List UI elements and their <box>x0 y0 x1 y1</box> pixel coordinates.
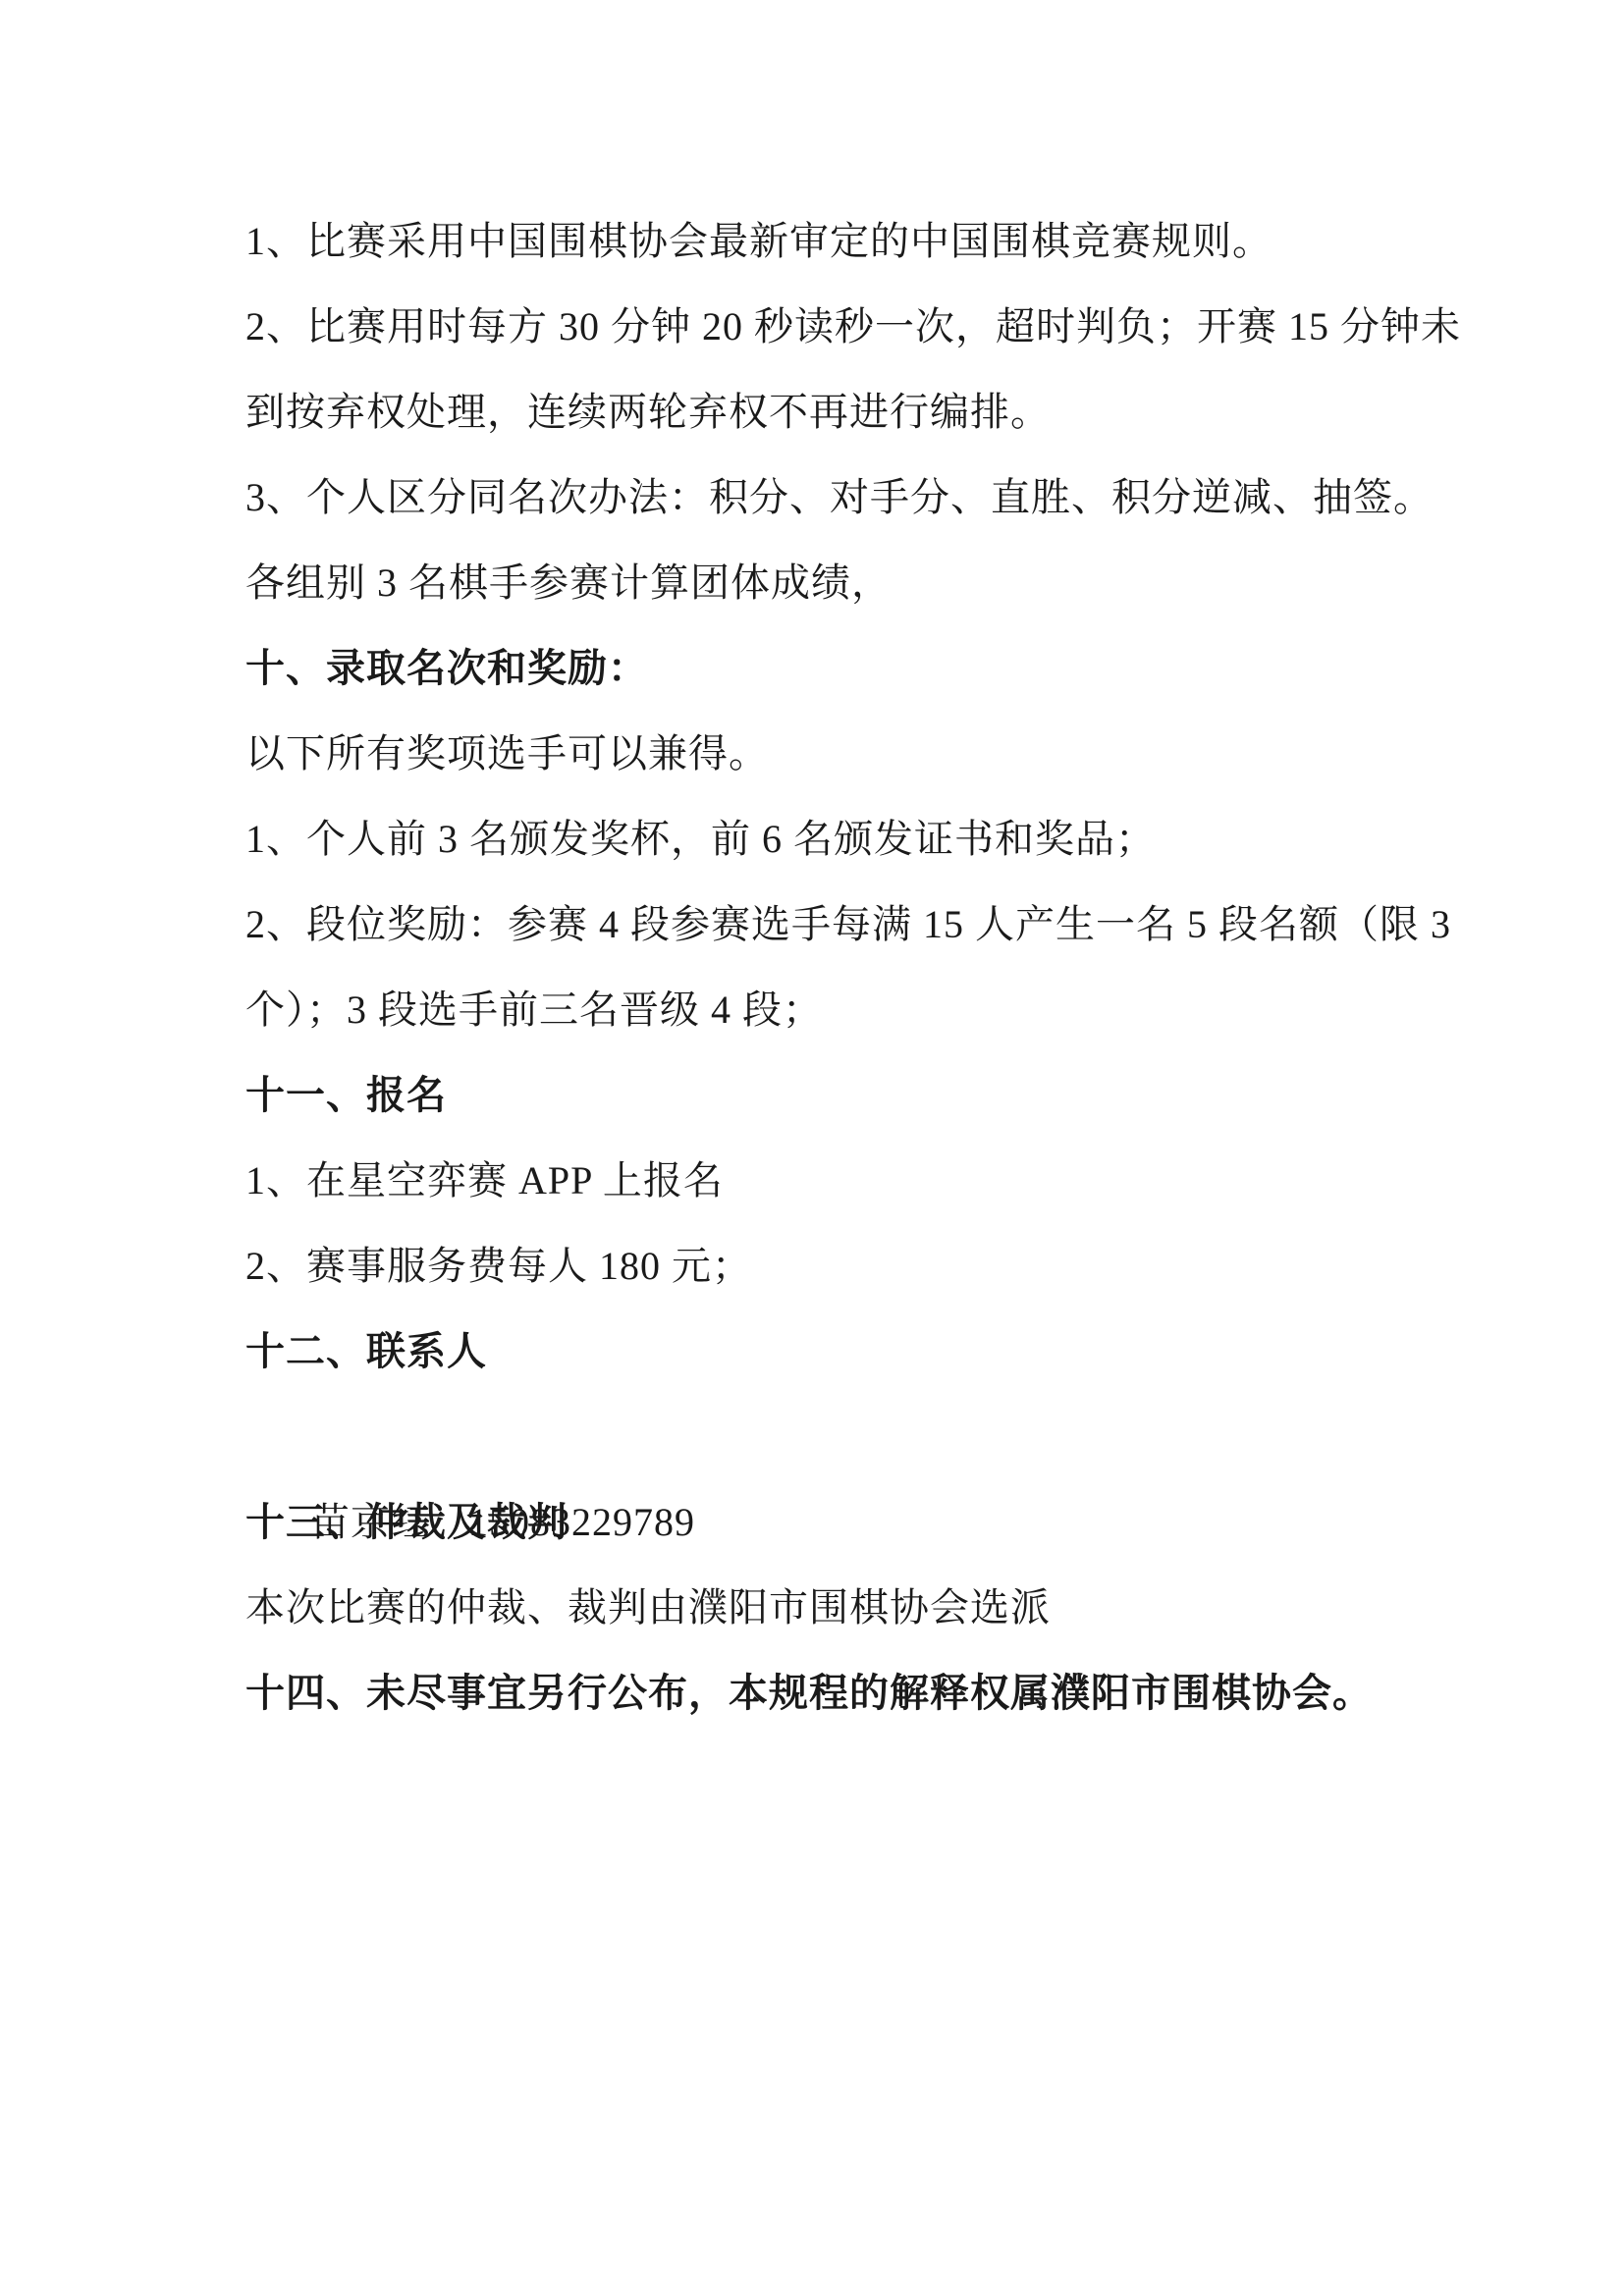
registration-item-2: 2、赛事服务费每人 180 元； <box>245 1223 1384 1308</box>
registration-item-1: 1、在星空弈赛 APP 上报名 <box>245 1138 1384 1223</box>
document-content: 1、比赛采用中国围棋协会最新审定的中国围棋竞赛规则。 2、比赛用时每方 30 分… <box>245 198 1384 1735</box>
section-heading-awards: 十、录取名次和奖励： <box>245 625 1384 711</box>
rule-item-2: 2、比赛用时每方 30 分钟 20 秒读秒一次，超时判负；开赛 15 分钟未 <box>245 284 1384 369</box>
referee-note: 本次比赛的仲裁、裁判由濮阳市围棋协会选派 <box>245 1565 1384 1650</box>
rule-item-3: 3、个人区分同名次办法：积分、对手分、直胜、积分逆减、抽签。 <box>245 454 1384 540</box>
awards-item-2: 2、段位奖励：参赛 4 段参赛选手每满 15 人产生一名 5 段名额（限 3 <box>245 881 1384 967</box>
section-heading-registration: 十一、报名 <box>245 1052 1384 1138</box>
section-heading-contact: 十二、联系人 <box>245 1308 1384 1394</box>
rule-item-3-continued: 各组别 3 名棋手参赛计算团体成绩， <box>245 540 1384 625</box>
rule-item-2-continued: 到按弃权处理，连续两轮弃权不再进行编排。 <box>245 369 1384 454</box>
document-page: 1、比赛采用中国围棋协会最新审定的中国围棋竞赛规则。 2、比赛用时每方 30 分… <box>0 0 1624 2296</box>
contact-line: 苗京红15083229789 <box>245 1394 1384 1479</box>
awards-item-1: 1、个人前 3 名颁发奖杯，前 6 名颁发证书和奖品； <box>245 796 1384 881</box>
rule-item-1: 1、比赛采用中国围棋协会最新审定的中国围棋竞赛规则。 <box>245 198 1384 284</box>
awards-note: 以下所有奖项选手可以兼得。 <box>245 711 1384 796</box>
section-heading-referee: 十三、仲裁及裁判 <box>245 1479 1384 1565</box>
section-heading-misc: 十四、未尽事宜另行公布，本规程的解释权属濮阳市围棋协会。 <box>245 1650 1384 1735</box>
awards-item-2-continued: 个）；3 段选手前三名晋级 4 段； <box>245 967 1384 1052</box>
